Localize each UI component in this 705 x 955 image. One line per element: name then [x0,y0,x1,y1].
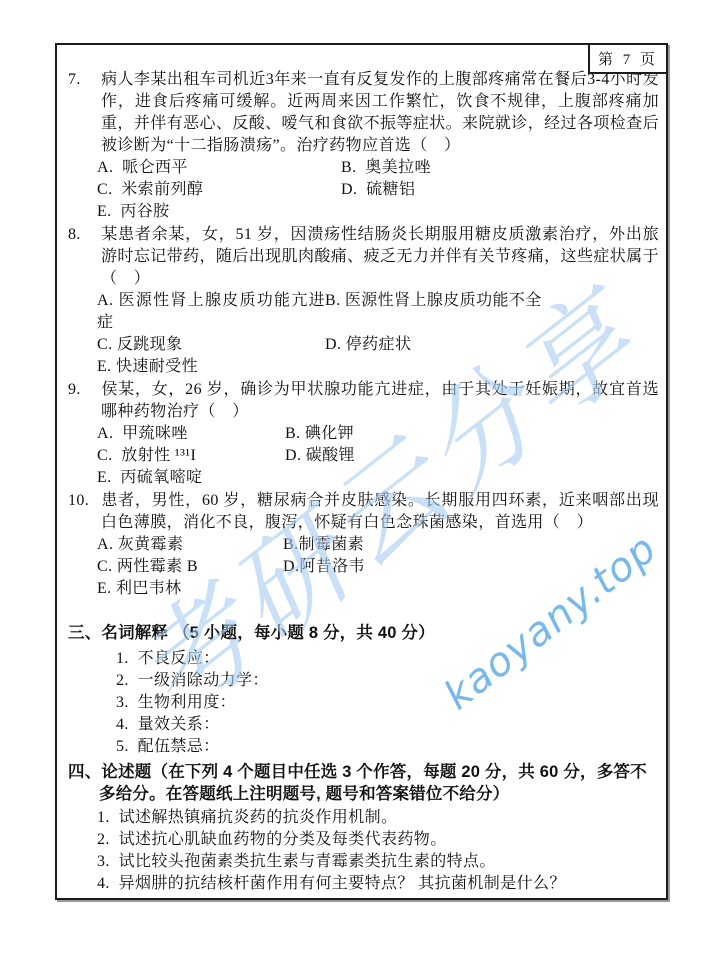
question-stem: 8.某患者余某，女，51 岁，因溃疡性结肠炎长期服用糖皮质激素治疗，外出旅游时忘… [68,224,659,290]
options-list: A. 医源性肾上腺皮质功能亢进症 B. 医源性肾上腺皮质功能不全 C. 反跳现象… [68,290,659,378]
option-d: D. 碳酸锂 [285,445,355,467]
question-number: 7. [68,69,101,91]
term-item-3: 3. 生物利用度： [116,692,659,714]
option-c: C. 两性霉素 B [97,556,283,578]
option-b: B. 碘化钾 [285,423,354,445]
option-b: B. 奥美拉唑 [341,157,431,179]
page-number: 第 7 页 [598,48,658,69]
page-number-box: 第 7 页 [588,43,668,74]
page-frame: 第 7 页 7.病人李某出租车司机近3年来一直有反复发作的上腹部疼痛常在餐后3-… [55,43,668,900]
question-stem-text: 患者，男性，60 岁，糖尿病合并皮肤感染。长期服用四环素，近来咽部出现白色薄膜，… [101,492,659,531]
option-e: E. 快速耐受性 [97,356,198,378]
option-e: E. 利巴韦林 [97,578,182,600]
question-number: 9. [68,379,101,401]
option-c: C. 放射性 ¹³¹I [97,445,285,467]
option-c: C. 反跳现象 [97,334,325,356]
option-c: C. 米索前列醇 [97,179,341,201]
question-10: 10.患者，男性，60 岁，糖尿病合并皮肤感染。长期服用四环素，近来咽部出现白色… [68,490,659,600]
term-item-1: 1. 不良反应： [116,648,659,670]
exam-content: 7.病人李某出租车司机近3年来一直有反复发作的上腹部疼痛常在餐后3-4小时发作，… [68,69,659,894]
option-d: D. 硫糖铝 [341,179,415,201]
section-terms-heading: 三、名词解释 （5 小题，每小题 8 分，共 40 分） [68,622,659,644]
section-essay: 四、论述题（在下列 4 个题目中任选 3 个作答，每题 20 分，共 60 分，… [68,761,659,895]
question-stem: 10.患者，男性，60 岁，糖尿病合并皮肤感染。长期服用四环素，近来咽部出现白色… [68,490,659,534]
option-b: B.制霉菌素 [283,534,364,556]
question-stem: 7.病人李某出租车司机近3年来一直有反复发作的上腹部疼痛常在餐后3-4小时发作，… [68,69,659,157]
essay-item-2: 2. 试述抗心肌缺血药物的分类及每类代表药物。 [97,829,659,851]
option-e: E. 丙谷胺 [97,201,170,223]
section-essay-heading-line2: 多给分。在答题纸上注明题号, 题号和答案错位不给分） [68,783,659,805]
question-number: 10. [68,490,101,512]
section-terms: 三、名词解释 （5 小题，每小题 8 分，共 40 分） 1. 不良反应： 2.… [68,622,659,758]
section-essay-items: 1. 试述解热镇痛抗炎药的抗炎作用机制。 2. 试述抗心肌缺血药物的分类及每类代… [68,807,659,895]
option-b: B. 医源性肾上腺皮质功能不全 [325,290,542,334]
option-e: E. 丙硫氧嘧啶 [97,467,202,489]
term-item-5: 5. 配伍禁忌： [116,736,659,758]
question-number: 8. [68,224,101,246]
options-list: A. 哌仑西平 B. 奥美拉唑 C. 米索前列醇 D. 硫糖铝 E. 丙谷胺 [68,157,659,223]
section-terms-items: 1. 不良反应： 2. 一级消除动力学： 3. 生物利用度： 4. 量效关系： … [68,648,659,758]
essay-item-3: 3. 试比较头孢菌素类抗生素与青霉素类抗生素的特点。 [97,851,659,873]
term-item-2: 2. 一级消除动力学： [116,670,659,692]
section-essay-heading-line1: 四、论述题（在下列 4 个题目中任选 3 个作答，每题 20 分，共 60 分，… [68,761,659,783]
question-stem: 9.侯某，女，26 岁，确诊为甲状腺功能亢进症，由于其处于妊娠期，故宜首选哪种药… [68,379,659,423]
option-d: D.阿昔洛韦 [283,556,365,578]
question-stem-text: 病人李某出租车司机近3年来一直有反复发作的上腹部疼痛常在餐后3-4小时发作，进食… [101,71,659,154]
essay-item-4: 4. 异烟肼的抗结核杆菌作用有何主要特点？ 其抗菌机制是什么？ [97,873,659,895]
essay-item-1: 1. 试述解热镇痛抗炎药的抗炎作用机制。 [97,807,659,829]
question-9: 9.侯某，女，26 岁，确诊为甲状腺功能亢进症，由于其处于妊娠期，故宜首选哪种药… [68,379,659,489]
option-a: A. 医源性肾上腺皮质功能亢进症 [97,290,325,334]
question-stem-text: 某患者余某，女，51 岁，因溃疡性结肠炎长期服用糖皮质激素治疗，外出旅游时忘记带… [101,226,659,287]
options-list: A. 甲巯咪唑 B. 碘化钾 C. 放射性 ¹³¹I D. 碳酸锂 E. 丙硫氧… [68,423,659,489]
options-list: A. 灰黄霉素 B.制霉菌素 C. 两性霉素 B D.阿昔洛韦 E. 利巴韦林 [68,534,659,600]
option-d: D. 停药症状 [325,334,411,356]
question-stem-text: 侯某，女，26 岁，确诊为甲状腺功能亢进症，由于其处于妊娠期，故宜首选哪种药物治… [101,381,659,420]
option-a: A. 哌仑西平 [97,157,341,179]
question-8: 8.某患者余某，女，51 岁，因溃疡性结肠炎长期服用糖皮质激素治疗，外出旅游时忘… [68,224,659,378]
option-a: A. 甲巯咪唑 [97,423,285,445]
question-7: 7.病人李某出租车司机近3年来一直有反复发作的上腹部疼痛常在餐后3-4小时发作，… [68,69,659,223]
option-a: A. 灰黄霉素 [97,534,283,556]
term-item-4: 4. 量效关系： [116,714,659,736]
